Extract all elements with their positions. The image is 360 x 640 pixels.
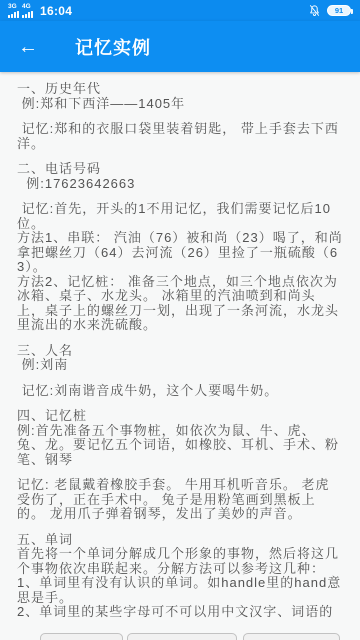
- signal-sim1: 3G: [8, 4, 19, 18]
- signal-bars-icon: [22, 11, 33, 18]
- status-bar: 3G 4G 16:04 91: [0, 0, 360, 21]
- status-time: 16:04: [40, 4, 72, 18]
- signal-bars-icon: [8, 11, 19, 18]
- bottom-button-1[interactable]: [40, 633, 123, 640]
- signal-sim2: 4G: [22, 4, 33, 18]
- battery-nub: [351, 9, 353, 14]
- notifications-off-icon: [308, 4, 321, 17]
- page-title: 记忆实例: [75, 34, 151, 60]
- paragraph: 三、人名 例:刘南: [17, 344, 343, 373]
- memory-examples-text[interactable]: 一、历史年代 例:郑和下西洋——1405年 记忆:郑和的衣服口袋里装着钥匙， 带…: [0, 72, 360, 620]
- status-bar-right: 91: [308, 4, 351, 17]
- sim2-network-type-label: 4G: [22, 4, 31, 10]
- battery-icon: 91: [327, 5, 351, 16]
- bottom-buttons-row: [0, 633, 360, 640]
- paragraph: 四、记忆桩 例:首先准备五个事物桩，如依次为鼠、牛、虎、兔、龙。要记忆五个词语，…: [17, 409, 343, 467]
- paragraph: 记忆: 老鼠戴着橡胶手套。 牛用耳机听音乐。 老虎受伤了，正在手术中。 兔子是用…: [17, 478, 343, 522]
- paragraph: 二、电话号码 例:17623642663: [17, 162, 343, 191]
- paragraph: 记忆:郑和的衣服口袋里装着钥匙， 带上手套去下西洋。: [17, 122, 343, 151]
- paragraph: 五、单词 首先将一个单词分解成几个形象的事物，然后将这几个事物依次串联起来。分解…: [17, 533, 343, 620]
- app-bar: ← 记忆实例: [0, 21, 360, 72]
- paragraph: 记忆:刘南谐音成牛奶，这个人要喝牛奶。: [17, 384, 343, 399]
- bottom-button-3[interactable]: [243, 633, 340, 640]
- screen: 3G 4G 16:04 91 ← 记忆实例 一、历史年代 例:郑和: [0, 0, 360, 640]
- paragraph: 记忆:首先，开头的1不用记忆，我们需要记忆后10位。 方法1、串联： 汽油（76…: [17, 202, 343, 333]
- paragraph: 一、历史年代 例:郑和下西洋——1405年: [17, 82, 343, 111]
- sim1-network-type-label: 3G: [8, 4, 17, 10]
- battery-percent: 91: [335, 7, 343, 15]
- back-button[interactable]: ←: [18, 37, 38, 57]
- bottom-button-2[interactable]: [127, 633, 237, 640]
